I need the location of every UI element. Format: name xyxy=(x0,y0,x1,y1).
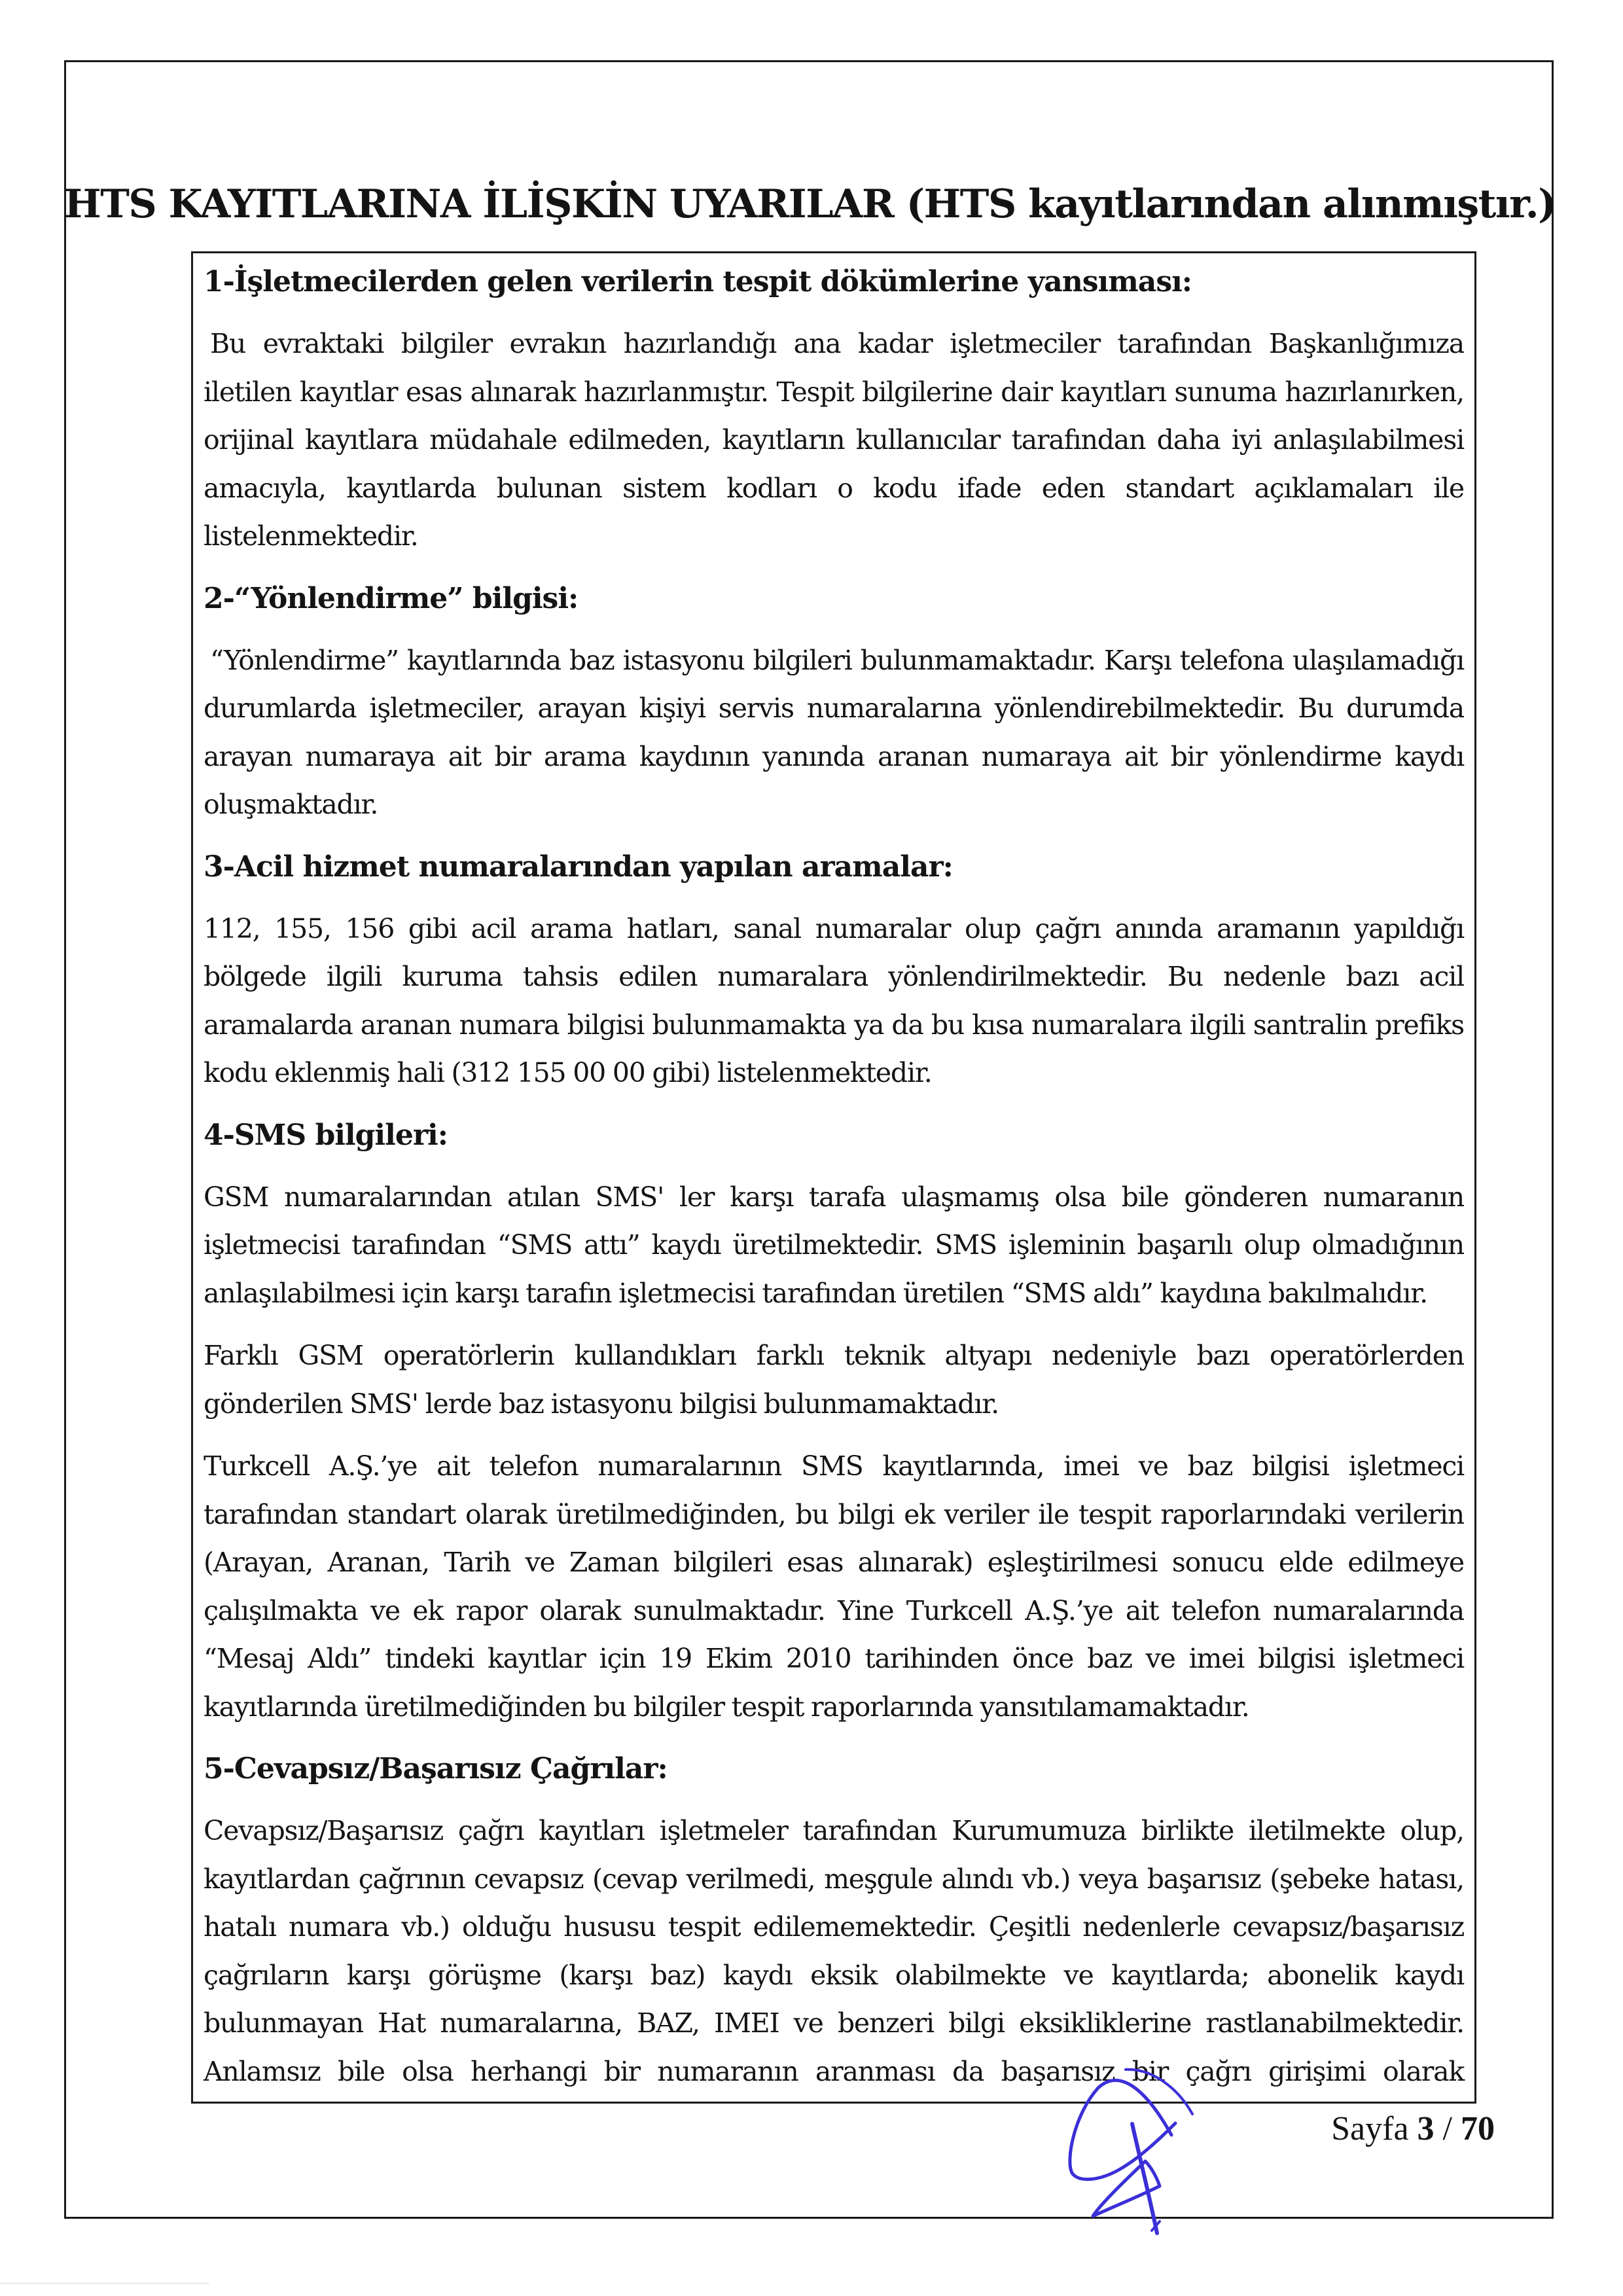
section-4-heading: 4-SMS bilgileri: xyxy=(204,1112,1464,1159)
scan-artifact-line xyxy=(0,2283,209,2284)
section-1-paragraph: Bu evraktaki bilgiler evrakın hazırlandı… xyxy=(204,320,1464,561)
section-4-paragraph-2: Farklı GSM operatörlerin kullandıkları f… xyxy=(204,1332,1464,1428)
section-2-heading-bold: 2-“Yönlendirme” xyxy=(204,582,463,615)
section-2-heading-rest: bilgisi: xyxy=(463,582,579,615)
section-3-heading: 3-Acil hizmet numaralarından yapılan ara… xyxy=(204,844,1464,891)
section-5-heading: 5-Cevapsız/Başarısız Çağrılar: xyxy=(204,1746,1464,1793)
section-4-paragraph-1: GSM numaralarından atılan SMS' ler karşı… xyxy=(204,1174,1464,1318)
section-5-paragraph: Cevapsız/Başarısız çağrı kayıtları işlet… xyxy=(204,1807,1464,2104)
section-3-paragraph: 112, 155, 156 gibi acil arama hatları, s… xyxy=(204,905,1464,1098)
section-4-paragraph-3: Turkcell A.Ş.’ye ait telefon numaraların… xyxy=(204,1443,1464,1731)
section-1-heading: 1-İşletmecilerden gelen verilerin tespit… xyxy=(204,259,1464,306)
page-current: 3 xyxy=(1418,2110,1435,2147)
page-label: Sayfa xyxy=(1331,2110,1408,2147)
page-number: Sayfa 3 / 70 xyxy=(1331,2106,1495,2152)
warnings-box: 1-İşletmecilerden gelen verilerin tespit… xyxy=(191,251,1476,2104)
section-4: 4-SMS bilgileri: GSM numaralarından atıl… xyxy=(204,1112,1464,1732)
section-1: 1-İşletmecilerden gelen verilerin tespit… xyxy=(204,259,1464,561)
section-2-heading: 2-“Yönlendirme” bilgisi: xyxy=(204,575,1464,622)
section-2: 2-“Yönlendirme” bilgisi: “Yönlendirme” k… xyxy=(204,575,1464,829)
page-separator: / xyxy=(1443,2110,1452,2147)
section-3: 3-Acil hizmet numaralarından yapılan ara… xyxy=(204,844,1464,1098)
document-title: HTS KAYITLARINA İLİŞKİN UYARILAR (HTS ka… xyxy=(64,178,1554,230)
section-5: 5-Cevapsız/Başarısız Çağrılar: Cevapsız/… xyxy=(204,1746,1464,2104)
section-2-paragraph: “Yönlendirme” kayıtlarında baz istasyonu… xyxy=(204,637,1464,829)
page-total: 70 xyxy=(1461,2110,1495,2147)
